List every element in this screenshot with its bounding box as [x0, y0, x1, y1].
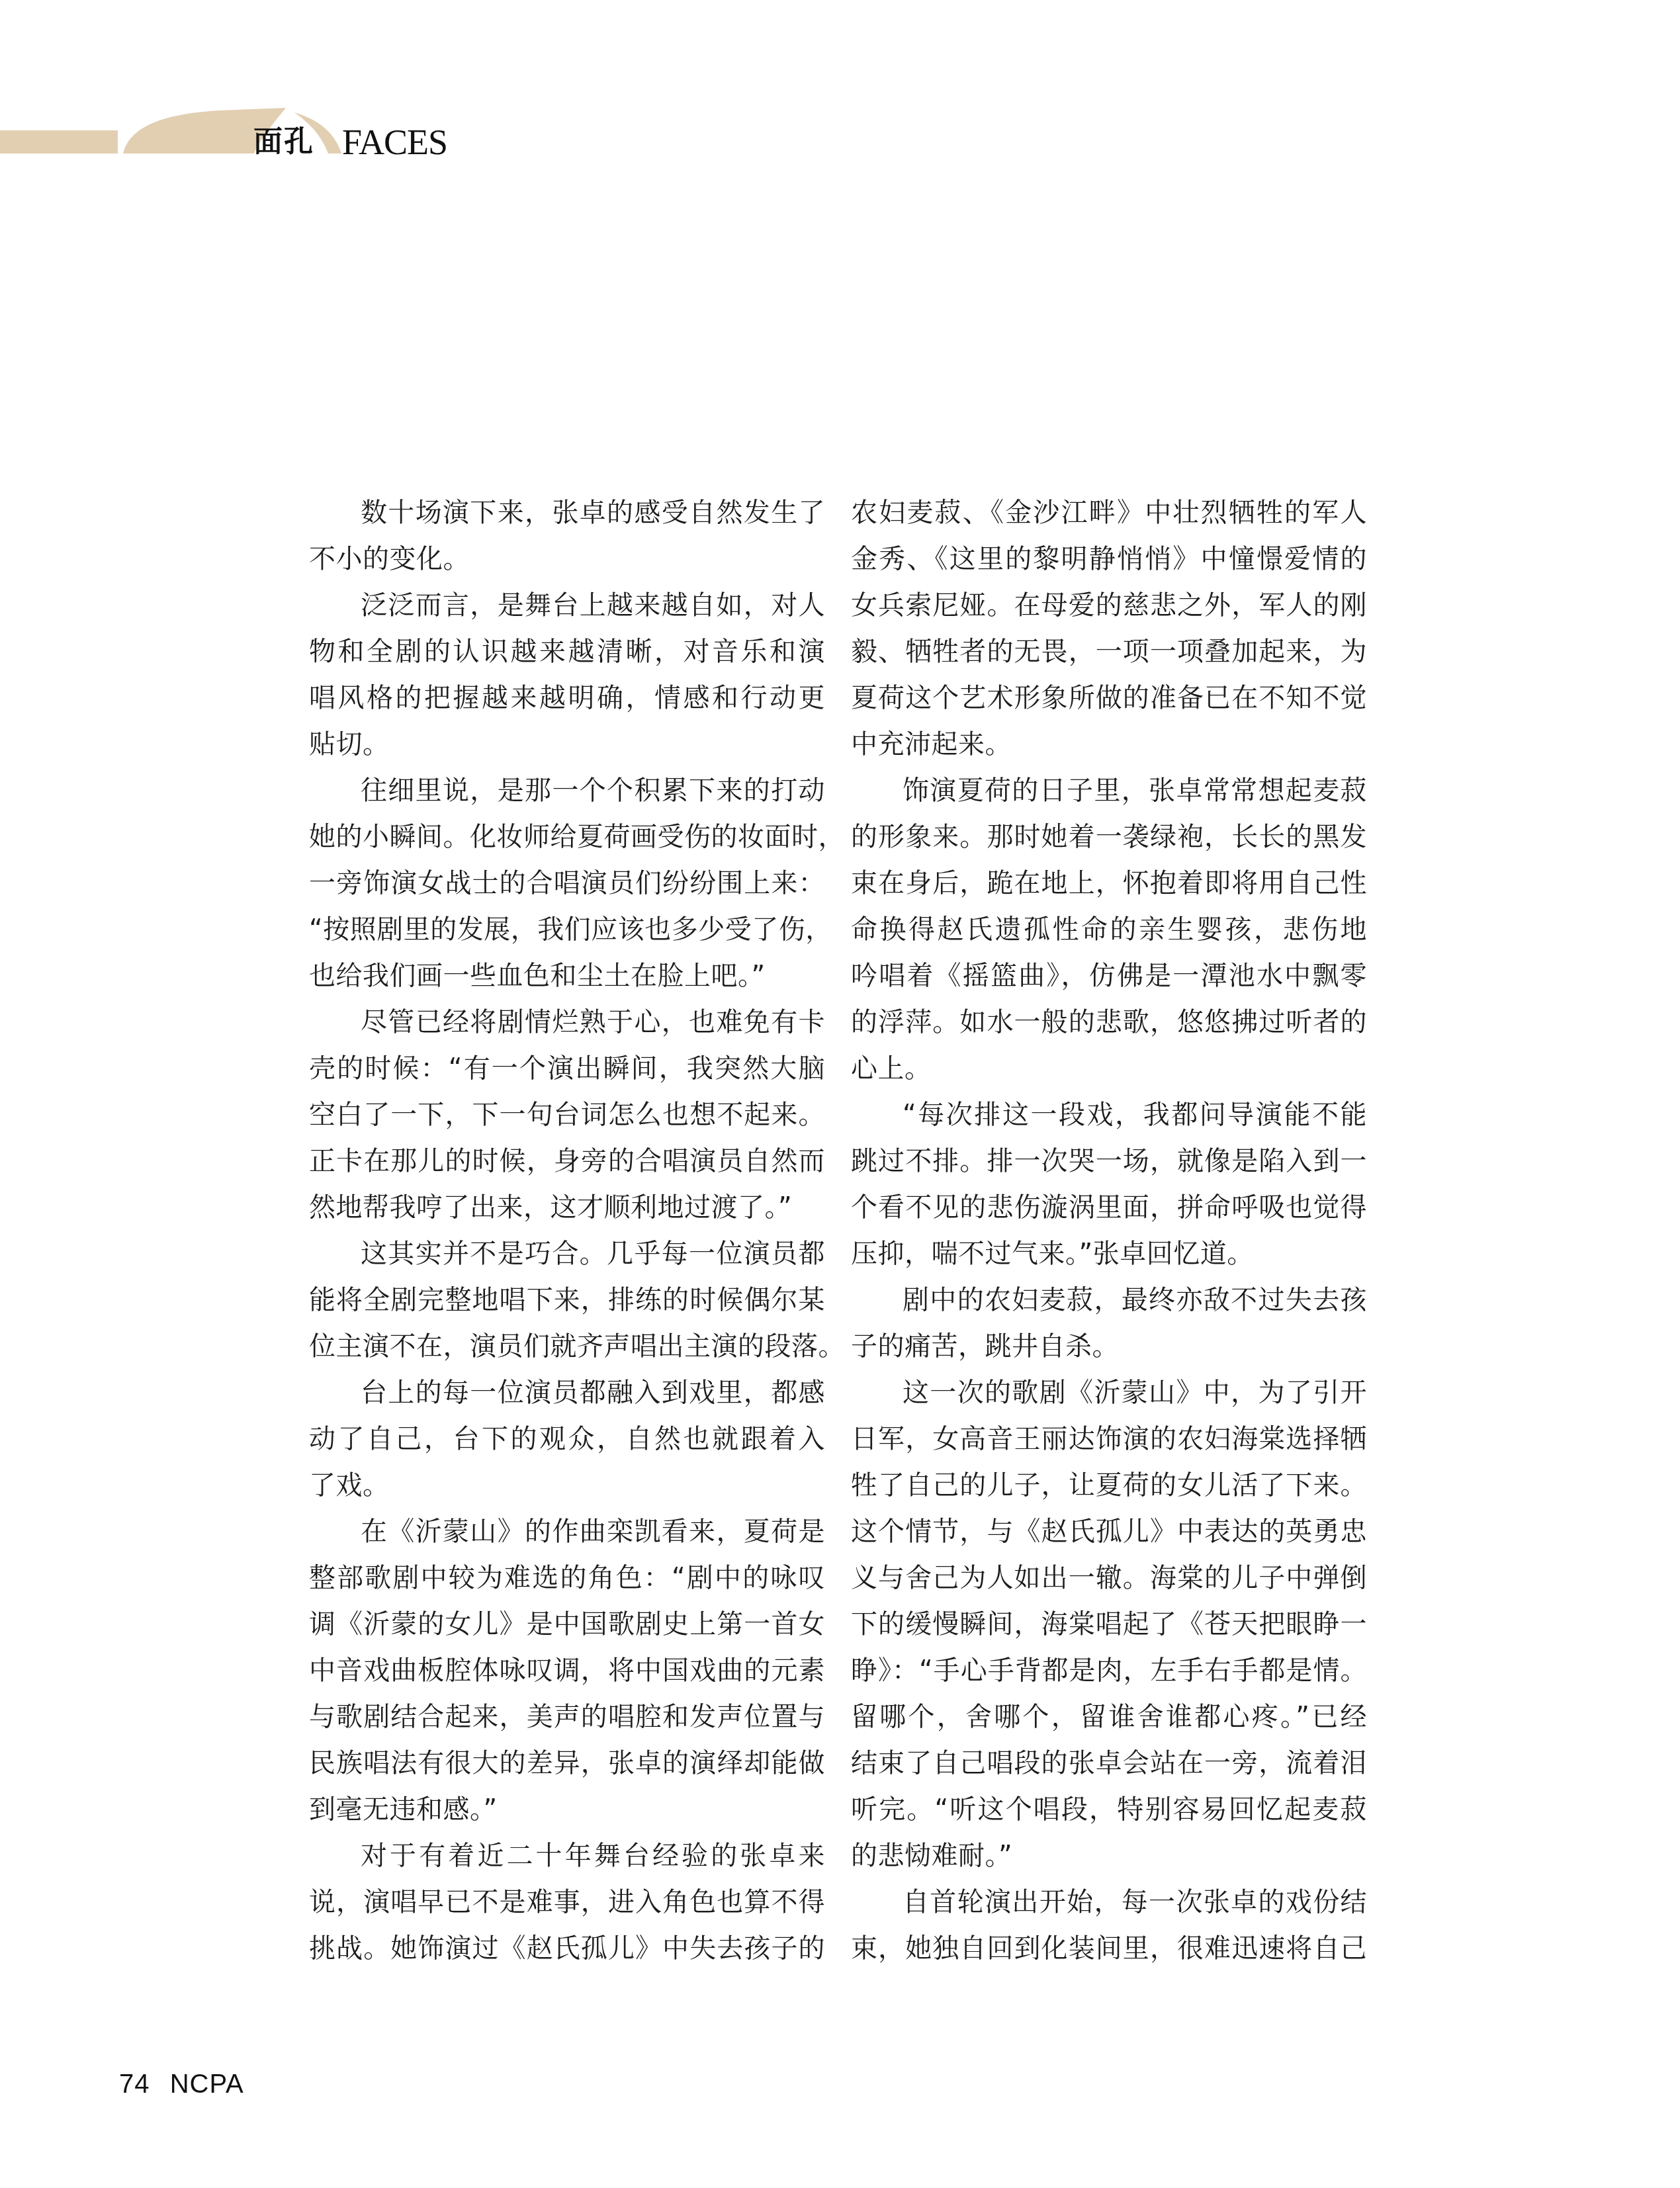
- text-line: 数十场演下来，张卓的感受自然发生了: [309, 490, 825, 536]
- text-line: 束，她独自回到化装间里，很难迅速将自己: [851, 1925, 1367, 1972]
- text-line: 整部歌剧中较为难选的角色：“剧中的咏叹: [309, 1555, 825, 1601]
- page-number: 74: [119, 2070, 150, 2099]
- text-line: 命换得赵氏遗孤性命的亲生婴孩，悲伤地: [851, 906, 1367, 953]
- text-line: 然地帮我哼了出来，这才顺利地过渡了。”: [309, 1184, 825, 1231]
- text-line: 能将全剧完整地唱下来，排练的时候偶尔某: [309, 1277, 825, 1323]
- text-line: 女兵索尼娅。在母爱的慈悲之外，军人的刚: [851, 582, 1367, 629]
- text-line: 压抑，喘不过气来。”张卓回忆道。: [851, 1231, 1367, 1277]
- text-line: 往细里说，是那一个个积累下来的打动: [309, 767, 825, 814]
- text-line: 牲了自己的儿子，让夏荷的女儿活了下来。: [851, 1462, 1367, 1509]
- text-line: 的形象来。那时她着一袭绿袍，长长的黑发: [851, 814, 1367, 860]
- text-line: 金秀、《这里的黎明静悄悄》中憧憬爱情的: [851, 536, 1367, 582]
- text-line: 一旁饰演女战士的合唱演员们纷纷围上来：: [309, 860, 825, 906]
- text-line: 的浮萍。如水一般的悲歌，悠悠拂过听者的: [851, 999, 1367, 1045]
- text-line: 束在身后，跪在地上，怀抱着即将用自己性: [851, 860, 1367, 906]
- text-line: 唱风格的把握越来越明确，情感和行动更: [309, 675, 825, 721]
- text-line: 听完。“听这个唱段，特别容易回忆起麦菽: [851, 1786, 1367, 1833]
- text-line: 夏荷这个艺术形象所做的准备已在不知不觉: [851, 675, 1367, 721]
- text-line: 说，演唱早已不是难事，进入角色也算不得: [309, 1879, 825, 1925]
- text-line: 调《沂蒙的女儿》是中国歌剧史上第一首女: [309, 1601, 825, 1647]
- text-line: 睁》：“手心手背都是肉，左手右手都是情。: [851, 1647, 1367, 1694]
- text-line: 在《沂蒙山》的作曲栾凯看来，夏荷是: [309, 1509, 825, 1555]
- text-line: 中音戏曲板腔体咏叹调，将中国戏曲的元素: [309, 1647, 825, 1694]
- page-footer: 74 NCPA: [119, 2070, 244, 2099]
- text-line: 贴切。: [309, 721, 825, 767]
- text-line: 自首轮演出开始，每一次张卓的戏份结: [851, 1879, 1367, 1925]
- text-line: 了戏。: [309, 1462, 825, 1509]
- text-line: 留哪个，舍哪个，留谁舍谁都心疼。”已经: [851, 1694, 1367, 1740]
- text-line: 心上。: [851, 1045, 1367, 1092]
- text-line: 壳的时候：“有一个演出瞬间，我突然大脑: [309, 1045, 825, 1092]
- text-line: 毅、牺牲者的无畏，一项一项叠加起来，为: [851, 629, 1367, 675]
- article-column-left: 数十场演下来，张卓的感受自然发生了不小的变化。泛泛而言，是舞台上越来越自如，对人…: [309, 490, 825, 1972]
- text-line: 下的缓慢瞬间，海棠唱起了《苍天把眼睁一: [851, 1601, 1367, 1647]
- text-line: 她的小瞬间。化妆师给夏荷画受伤的妆面时，: [309, 814, 825, 860]
- publication-name: NCPA: [170, 2070, 244, 2099]
- text-line: 这其实并不是巧合。几乎每一位演员都: [309, 1231, 825, 1277]
- text-line: “每次排这一段戏，我都问导演能不能: [851, 1092, 1367, 1138]
- text-line: 饰演夏荷的日子里，张卓常常想起麦菽: [851, 767, 1367, 814]
- text-line: 剧中的农妇麦菽，最终亦敌不过失去孩: [851, 1277, 1367, 1323]
- text-line: 位主演不在，演员们就齐声唱出主演的段落。: [309, 1323, 825, 1370]
- text-line: 台上的每一位演员都融入到戏里，都感: [309, 1370, 825, 1416]
- text-line: 动了自己，台下的观众，自然也就跟着入: [309, 1416, 825, 1462]
- text-line: 跳过不排。排一次哭一场，就像是陷入到一: [851, 1138, 1367, 1184]
- text-line: 民族唱法有很大的差异，张卓的演绎却能做: [309, 1740, 825, 1786]
- text-line: 子的痛苦，跳井自杀。: [851, 1323, 1367, 1370]
- text-line: 结束了自己唱段的张卓会站在一旁，流着泪: [851, 1740, 1367, 1786]
- text-line: 尽管已经将剧情烂熟于心，也难免有卡: [309, 999, 825, 1045]
- text-line: 挑战。她饰演过《赵氏孤儿》中失去孩子的: [309, 1925, 825, 1972]
- text-line: 这一次的歌剧《沂蒙山》中，为了引开: [851, 1370, 1367, 1416]
- text-line: 对于有着近二十年舞台经验的张卓来: [309, 1833, 825, 1879]
- text-line: 到毫无违和感。”: [309, 1786, 825, 1833]
- text-line: 吟唱着《摇篮曲》，仿佛是一潭池水中飘零: [851, 953, 1367, 999]
- text-line: 日军，女高音王丽达饰演的农妇海棠选择牺: [851, 1416, 1367, 1462]
- text-line: 个看不见的悲伤漩涡里面，拼命呼吸也觉得: [851, 1184, 1367, 1231]
- text-line: “按照剧里的发展，我们应该也多少受了伤，: [309, 906, 825, 953]
- text-line: 的悲恸难耐。”: [851, 1833, 1367, 1879]
- text-line: 也给我们画一些血色和尘土在脸上吧。”: [309, 953, 825, 999]
- text-line: 农妇麦菽、《金沙江畔》中壮烈牺牲的军人: [851, 490, 1367, 536]
- text-line: 物和全剧的认识越来越清晰，对音乐和演: [309, 629, 825, 675]
- text-line: 与歌剧结合起来，美声的唱腔和发声位置与: [309, 1694, 825, 1740]
- section-title-chinese: 面孔: [253, 126, 314, 159]
- text-line: 不小的变化。: [309, 536, 825, 582]
- section-title-english: FACES: [342, 123, 447, 161]
- text-line: 中充沛起来。: [851, 721, 1367, 767]
- text-line: 义与舍己为人如出一辙。海棠的儿子中弹倒: [851, 1555, 1367, 1601]
- text-line: 泛泛而言，是舞台上越来越自如，对人: [309, 582, 825, 629]
- text-line: 正卡在那儿的时候，身旁的合唱演员自然而: [309, 1138, 825, 1184]
- article-column-right: 农妇麦菽、《金沙江畔》中壮烈牺牲的军人金秀、《这里的黎明静悄悄》中憧憬爱情的女兵…: [851, 490, 1367, 1972]
- text-line: 空白了一下，下一句台词怎么也想不起来。: [309, 1092, 825, 1138]
- text-line: 这个情节，与《赵氏孤儿》中表达的英勇忠: [851, 1509, 1367, 1555]
